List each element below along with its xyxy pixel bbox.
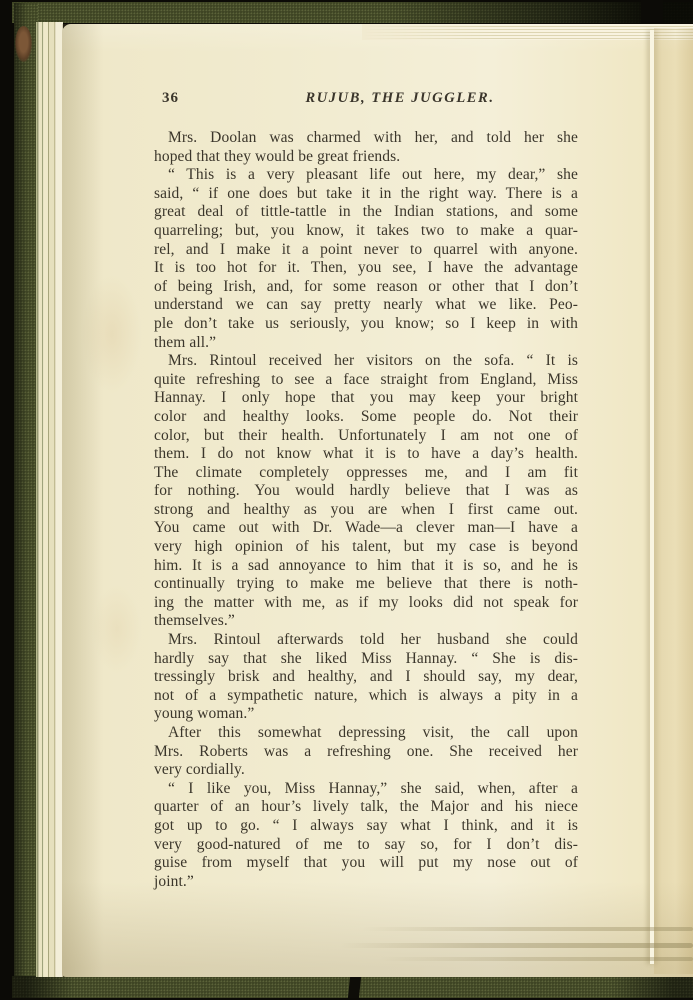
text-line: Mrs. Doolan was charmed with her, and to… <box>154 129 578 148</box>
text-line: great deal of tittle-tattle in the India… <box>154 203 578 222</box>
text-line: quite refreshing to see a face straight … <box>154 371 578 390</box>
text-line: got up to go. “ I always say what I thin… <box>154 817 578 836</box>
text-line: The climate completely oppresses me, and… <box>154 464 578 483</box>
text-line: him. It is a sad annoyance to him that i… <box>154 557 578 576</box>
page-curl-line <box>380 957 693 961</box>
page-top-edges <box>362 24 693 40</box>
text-line: continually trying to make me believe th… <box>154 575 578 594</box>
book-cover-left-edge <box>14 3 38 994</box>
text-line: hoped that they would be great friends. <box>154 148 578 167</box>
text-line: very high opinion of his talent, but my … <box>154 538 578 557</box>
text-line: of being Irish, and, for some reason or … <box>154 278 578 297</box>
text-line: color and healthy looks. Some people do.… <box>154 408 578 427</box>
book-photo: 36 RUJUB, THE JUGGLER. Mrs. Doolan was c… <box>0 0 693 1000</box>
text-line: Hannay. I only hope that you may keep yo… <box>154 389 578 408</box>
stacked-page-edges <box>36 22 63 977</box>
text-line: understand we can say pretty nearly what… <box>154 296 578 315</box>
text-line: color, but their health. Unfortunately I… <box>154 427 578 446</box>
page-curl-line <box>362 927 693 931</box>
text-line: Mrs. Roberts was a refreshing one. She r… <box>154 743 578 762</box>
page-fore-edge <box>650 30 654 964</box>
binding-notch-bottom <box>348 977 361 998</box>
text-line: rel, and I make it a point never to quar… <box>154 241 578 260</box>
text-line: them. I do not know what it is to have a… <box>154 445 578 464</box>
text-line: guise from myself that you will put my n… <box>154 854 578 873</box>
text-line: not of a sympathetic nature, which is al… <box>154 687 578 706</box>
text-line: tressingly brisk and healthy, and I shou… <box>154 668 578 687</box>
page-number: 36 <box>162 90 179 107</box>
paper-stain <box>82 274 142 394</box>
cover-worn-spot <box>15 26 32 62</box>
text-line: very cordially. <box>154 761 578 780</box>
book-cover-top-edge <box>12 2 693 23</box>
running-title: RUJUB, THE JUGGLER. <box>305 90 494 107</box>
text-line: ing the matter with me, as if my looks d… <box>154 594 578 613</box>
page-curl-line <box>340 943 693 948</box>
under-pages-shading <box>654 28 693 974</box>
text-line: Mrs. Rintoul afterwards told her husband… <box>154 631 578 650</box>
book-page: 36 RUJUB, THE JUGGLER. Mrs. Doolan was c… <box>62 24 693 977</box>
text-line: After this somewhat depressing visit, th… <box>154 724 578 743</box>
text-line: themselves.” <box>154 612 578 631</box>
text-line: It is too hot for it. Then, you see, I h… <box>154 259 578 278</box>
text-line: “ I like you, Miss Hannay,” she said, wh… <box>154 780 578 799</box>
text-line: for nothing. You would hardly believe th… <box>154 482 578 501</box>
text-line: strong and healthy as you are when I fir… <box>154 501 578 520</box>
gutter-shadow <box>62 24 104 977</box>
text-line: very good-natured of me to say so, for I… <box>154 836 578 855</box>
text-line: You came out with Dr. Wade—a clever man—… <box>154 519 578 538</box>
text-line: ple don’t take us seriously, you know; s… <box>154 315 578 334</box>
paper-stain <box>92 584 142 674</box>
text-line: joint.” <box>154 873 578 892</box>
text-line: quarreling; but, you know, it takes two … <box>154 222 578 241</box>
text-line: Mrs. Rintoul received her visitors on th… <box>154 352 578 371</box>
page-text: Mrs. Doolan was charmed with her, and to… <box>154 129 578 891</box>
text-line: them all.” <box>154 334 578 353</box>
text-line: said, “ if one does but take it in the r… <box>154 185 578 204</box>
text-line: “ This is a very pleasant life out here,… <box>154 166 578 185</box>
text-line: young woman.” <box>154 705 578 724</box>
text-line: quarter of an hour’s lively talk, the Ma… <box>154 798 578 817</box>
text-line: hardly say that she liked Miss Hannay. “… <box>154 650 578 669</box>
